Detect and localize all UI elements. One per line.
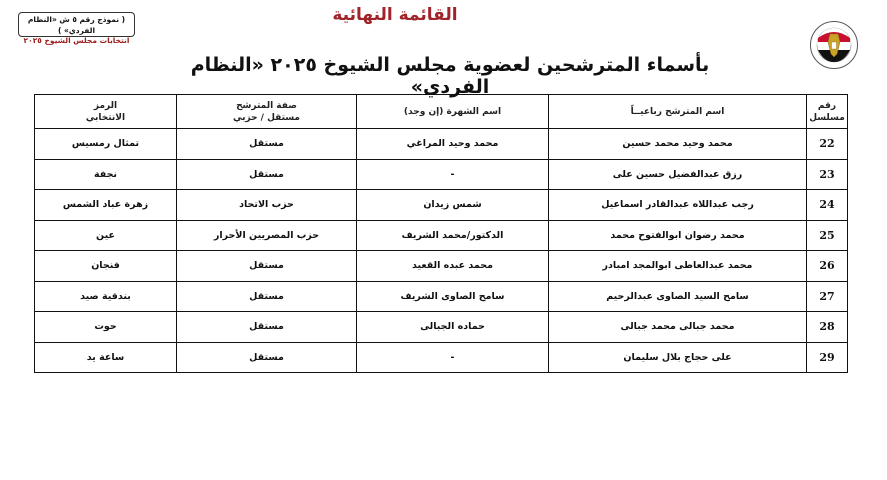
serial-cell: 29 [807, 342, 848, 373]
status-cell: مستقل [177, 342, 357, 373]
column-header-serial: رقم مسلسل [807, 95, 848, 129]
candidate-name-cell: رجب عبداللاه عبدالقادر اسماعيل [549, 190, 807, 221]
symbol-cell: فنجان [35, 251, 177, 282]
form-number-badge: ( نموذج رقم ٥ ش «النظام الفردي» ) انتخاب… [18, 12, 135, 37]
nickname-cell: - [357, 159, 549, 190]
table-header-row: رقم مسلسل اسم المترشح رباعيــاً اسم الشه… [35, 95, 848, 129]
serial-cell: 22 [807, 129, 848, 160]
serial-cell: 28 [807, 312, 848, 343]
serial-cell: 27 [807, 281, 848, 312]
candidate-name-cell: محمد عبدالعاطى ابوالمجد امبادر [549, 251, 807, 282]
nickname-cell: الدكتور/محمد الشريف [357, 220, 549, 251]
nickname-cell: سامح الصاوى الشريف [357, 281, 549, 312]
column-header-symbol: الرمز الانتخابي [35, 95, 177, 129]
nickname-cell: محمد وحيد المراغي [357, 129, 549, 160]
symbol-cell: زهرة عباد الشمس [35, 190, 177, 221]
table-row: 27 سامح السيد الصاوى عبدالرحيم سامح الصا… [35, 281, 848, 312]
status-cell: مستقل [177, 281, 357, 312]
serial-cell: 24 [807, 190, 848, 221]
serial-cell: 25 [807, 220, 848, 251]
candidate-name-cell: رزق عبدالفضيل حسين على [549, 159, 807, 190]
serial-cell: 26 [807, 251, 848, 282]
candidate-name-cell: على حجاج بلال سليمان [549, 342, 807, 373]
candidates-table: رقم مسلسل اسم المترشح رباعيــاً اسم الشه… [34, 94, 848, 373]
status-cell: حزب المصريين الأحرار [177, 220, 357, 251]
symbol-cell: ساعة يد [35, 342, 177, 373]
column-header-nickname: اسم الشهرة (إن وجد) [357, 95, 549, 129]
table-row: 22 محمد وحيد محمد حسين محمد وحيد المراغي… [35, 129, 848, 160]
table-row: 29 على حجاج بلال سليمان - مستقل ساعة يد [35, 342, 848, 373]
candidate-name-cell: سامح السيد الصاوى عبدالرحيم [549, 281, 807, 312]
nickname-cell: حماده الجبالى [357, 312, 549, 343]
status-cell: مستقل [177, 312, 357, 343]
egypt-eagle-emblem-icon [809, 20, 859, 70]
table-row: 23 رزق عبدالفضيل حسين على - مستقل نجفة [35, 159, 848, 190]
table-row: 26 محمد عبدالعاطى ابوالمجد امبادر محمد ع… [35, 251, 848, 282]
status-cell: مستقل [177, 251, 357, 282]
symbol-cell: حوت [35, 312, 177, 343]
status-cell: حزب الاتحاد [177, 190, 357, 221]
candidate-name-cell: محمد رضوان ابوالفتوح محمد [549, 220, 807, 251]
status-cell: مستقل [177, 159, 357, 190]
nickname-cell: محمد عبده القعيد [357, 251, 549, 282]
nickname-cell: شمس زيدان [357, 190, 549, 221]
table-row: 24 رجب عبداللاه عبدالقادر اسماعيل شمس زي… [35, 190, 848, 221]
final-list-heading: القائمة النهائية [290, 5, 500, 25]
column-header-status: صفة المترشح مستقل / حزبي [177, 95, 357, 129]
form-number-label: ( نموذج رقم ٥ ش «النظام الفردي» ) [19, 14, 134, 36]
symbol-cell: عين [35, 220, 177, 251]
candidate-name-cell: محمد وحيد محمد حسين [549, 129, 807, 160]
candidate-name-cell: محمد جبالى محمد جبالى [549, 312, 807, 343]
document-title: بأسماء المترشحين لعضوية مجلس الشيوخ ٢٠٢٥… [150, 54, 750, 98]
column-header-name: اسم المترشح رباعيــاً [549, 95, 807, 129]
table-row: 28 محمد جبالى محمد جبالى حماده الجبالى م… [35, 312, 848, 343]
symbol-cell: بندقية صيد [35, 281, 177, 312]
candidates-table-container: رقم مسلسل اسم المترشح رباعيــاً اسم الشه… [34, 94, 847, 373]
symbol-cell: تمثال رمسيس [35, 129, 177, 160]
serial-cell: 23 [807, 159, 848, 190]
nickname-cell: - [357, 342, 549, 373]
status-cell: مستقل [177, 129, 357, 160]
table-row: 25 محمد رضوان ابوالفتوح محمد الدكتور/محم… [35, 220, 848, 251]
election-name-label: انتخابات مجلس الشيوخ ٢٠٢٥ [19, 36, 134, 46]
symbol-cell: نجفة [35, 159, 177, 190]
